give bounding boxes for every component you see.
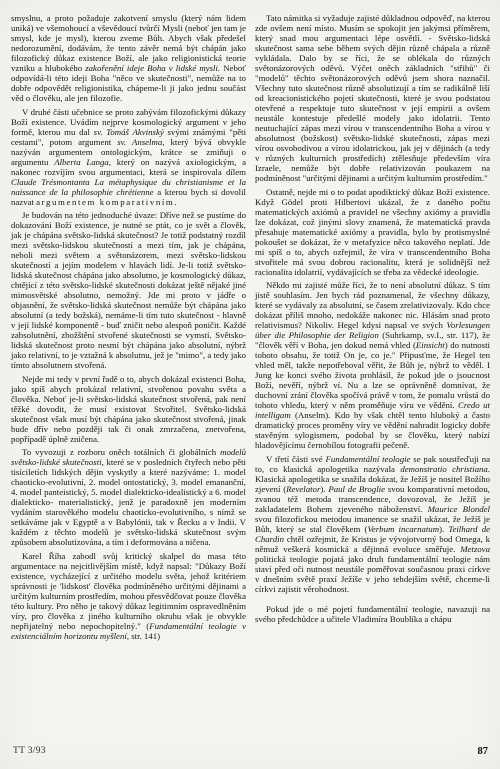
body-text: (Anselm). Kdo by však chtěl tento hlubok… [255,410,490,450]
body-text: Je budován na této jednoduché úvaze: Dří… [11,210,246,370]
italic-text: Fundamentální teologie [326,454,411,464]
paragraph: To vyvozuji z rozboru oněch totálních či… [11,447,246,547]
italic-text: Maurice Blondel [428,504,490,514]
italic-text: sv. Anselma [117,137,162,147]
italic-text: zakořenění ideje Boha v lidské mysli. [85,63,220,73]
paragraph: Karel Říha zabodl svůj kritický skalpel … [11,551,246,641]
body-text: ) do nutnosti tohoto obsahu, že totiž On… [255,340,490,410]
body-text: Nejde mi tedy v první řadě o to, abych d… [11,374,246,444]
text-columns: smyslnu, a proto požaduje zakotvení smys… [11,13,490,644]
paragraph: Tato námitka si vyžaduje zajisté důkladn… [255,13,490,183]
paragraph: V třetí části své Fundamentální teologie… [255,454,490,594]
paragraph: Někdo mi zajisté může říci, že to není a… [255,280,490,450]
body-text: , str. 141) [127,631,160,641]
letterspaced-text: argumentem komparativním [36,197,174,207]
body-text: To vyvozuji z rozboru oněch totálních či… [22,447,220,457]
italic-text: Alberta Langa [54,157,109,167]
italic-text: Einsicht [416,340,445,350]
italic-text: Verbum incarnatum [367,524,439,534]
footer-page-number: 87 [478,746,489,757]
body-text: V třetí části své [266,454,326,464]
italic-text: Revelator [286,484,320,494]
paragraph: V druhé části učebnice se proto zabývám … [11,107,246,207]
body-text: Ostatně, nejde mi o to podat apodiktický… [255,187,490,277]
body-text: Tato námitka si vyžaduje zajisté důkladn… [255,13,490,183]
italic-text: sv. Tomáš Akvinský [94,127,164,137]
body-text: Karel Říha zabodl svůj kritický skalpel … [11,551,246,631]
italic-text: demonstratio christiana [400,464,487,474]
body-text: politická teologie pojatá jako druh fund… [255,554,490,594]
paragraph: Je budován na této jednoduché úvaze: Dří… [11,210,246,370]
paragraph: Ostatně, nejde mi o to podat apodiktický… [255,187,490,277]
paragraph: Nejde mi tedy v první řadě o to, abych d… [11,374,246,444]
italic-text: Metzova [460,544,490,554]
body-text: Pokud jde o mé pojetí fundamentální teol… [255,604,490,624]
body-text: ). [439,524,448,534]
footer-journal-issue: TT 3/93 [13,746,46,756]
text-column-right: Tato námitka si vyžaduje zajisté důkladn… [255,13,490,644]
body-text: chtěl ozřejmit, že Kristus je vývojotvor… [255,534,490,554]
body-text: . [174,197,176,207]
text-column-left: smyslnu, a proto požaduje zakotvení smys… [11,13,246,644]
body-text: , které se v posledních čtyřech nebo pět… [11,457,246,547]
journal-page: smyslnu, a proto požaduje zakotvení smys… [0,0,500,769]
italic-text: Paul de Broglie [328,484,385,494]
paragraph: Pokud jde o mé pojetí fundamentální teol… [255,604,490,624]
paragraph: smyslnu, a proto požaduje zakotvení smys… [11,13,246,103]
